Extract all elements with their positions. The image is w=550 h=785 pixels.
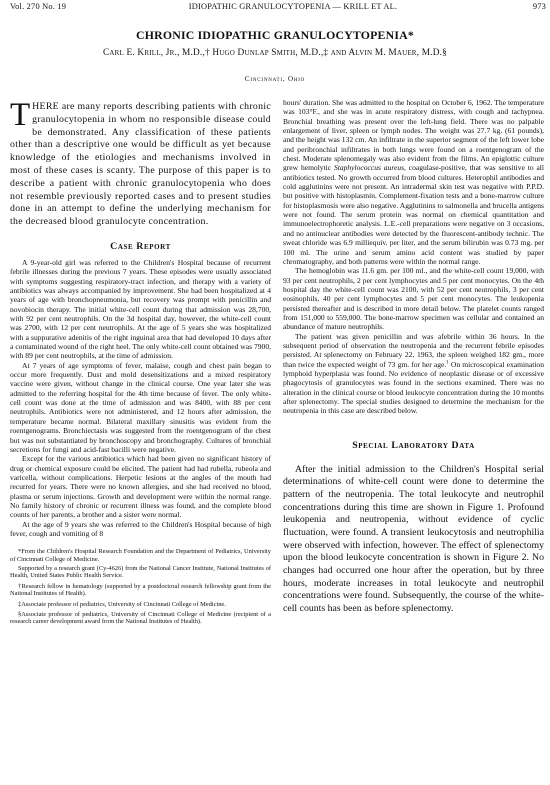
footnote: ‡Associate professor of pediatrics, Univ… [10,601,271,609]
intro-paragraph: THERE are many reports describing patien… [10,101,271,229]
right-column: hours' duration. She was admitted to the… [283,98,544,616]
footnote: *From the Children's Hospital Research F… [10,548,271,563]
article-title: CHRONIC IDIOPATHIC GRANULOCYTOPENIA* [0,28,550,43]
case-paragraph: The patient was given penicillin and was… [283,332,544,416]
footnote: Supported by a research grant (Cy-4626) … [10,565,271,580]
case-paragraph: At the age of 9 years she was referred t… [10,520,271,539]
lab-paragraph: After the initial admission to the Child… [283,464,544,616]
special-lab-heading: Special Laboratory Data [283,440,544,451]
case-paragraph: The hemoglobin was 11.6 gm. per 100 ml.,… [283,266,544,331]
footnote: §Associate professor of pediatrics, Univ… [10,611,271,626]
case-report-heading: Case Report [10,241,271,252]
article-authors: Carl E. Krill, Jr., M.D.,† Hugo Dunlap S… [0,48,550,58]
text-run: , coagulase-positive, that was sensitive… [283,163,544,265]
page-number: 973 [533,2,546,11]
intro-text: HERE are many reports describing patient… [10,101,271,227]
footnote: †Research fellow in hematology (supporte… [10,583,271,598]
footnotes: *From the Children's Hospital Research F… [10,548,271,626]
article-location: Cincinnati, Ohio [0,75,550,83]
drop-cap: T [10,103,30,127]
running-head: Vol. 270 No. 19 IDIOPATHIC GRANULOCYTOPE… [10,2,546,14]
case-paragraph: At 7 years of age symptoms of fever, mal… [10,361,271,454]
text-run: hours' duration. She was admitted to the… [283,98,544,172]
left-column: THERE are many reports describing patien… [10,101,271,629]
case-paragraph: Except for the various antibiotics which… [10,454,271,519]
running-title: IDIOPATHIC GRANULOCYTOPENIA — KRILL ET A… [10,2,546,11]
organism-name: Staphylococcus aureus [334,163,404,172]
case-paragraph: A 9-year-old girl was referred to the Ch… [10,258,271,361]
case-paragraph-continued: hours' duration. She was admitted to the… [283,98,544,266]
